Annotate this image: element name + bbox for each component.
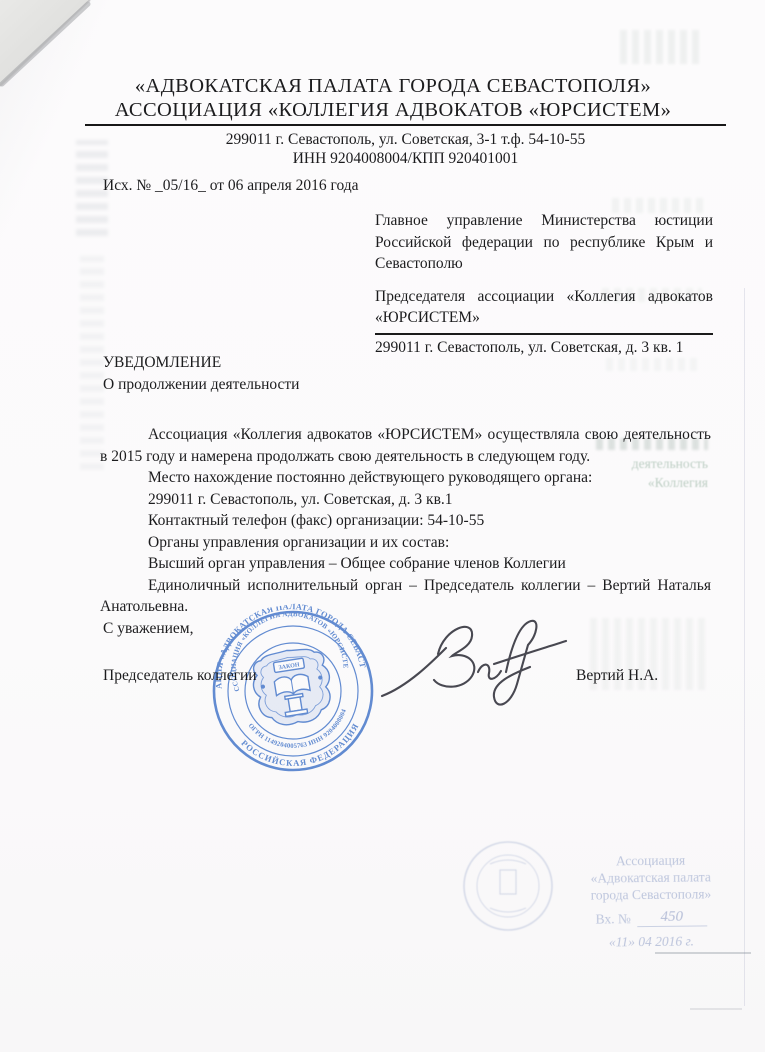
addressee-sender-title: Председателя ассоциации «Коллегия адвока… [375,286,713,329]
body-paragraph: 299011 г. Севастополь, ул. Советская, д.… [100,489,711,511]
seal-crest [249,645,336,730]
handwritten-signature [378,610,570,722]
org-title-line2: АССОЦИАЦИЯ «КОЛЛЕГИЯ АДВОКАТОВ «ЮРСИСТЕМ… [40,98,746,122]
org-title-line1: «АДВОКАТСКАЯ ПАЛАТА ГОРОДА СЕВАСТОПОЛЯ» [40,74,746,98]
org-inn-kpp: ИНН 9204008004/КПП 920401001 [85,149,726,168]
right-bleed-smudge [606,358,700,371]
addressee-rule [375,333,713,335]
body-paragraph: Ассоциация «Коллегия адвокатов «ЮРСИСТЕМ… [100,424,711,467]
incoming-stamp: Ассоциация «Адвокатская палата города Се… [552,851,749,951]
body-paragraph: Место нахождение постоянно действующего … [100,467,711,489]
subject-block: УВЕДОМЛЕНИЕ О продолжении деятельности [103,352,299,395]
incoming-stamp-org3: города Севастополя» [553,885,749,904]
addressee-block: Главное управление Министерства юстиции … [375,210,713,358]
closing-regards: С уважением, [103,620,194,638]
letterhead-contacts: 299011 г. Севастополь, ул. Советская, 3-… [85,130,726,168]
letter-body: Ассоциация «Коллегия адвокатов «ЮРСИСТЕМ… [100,424,711,618]
organization-seal: АССОЦИАЦИЯ «АДВОКАТСКАЯ ПАЛАТА ГОРОДА СЕ… [207,605,379,777]
outgoing-reference: Исх. № _05/16_ от 06 апреля 2016 года [103,177,359,195]
body-paragraph: Высший орган управления – Общее собрание… [100,553,711,575]
letterhead: «АДВОКАТСКАЯ ПАЛАТА ГОРОДА СЕВАСТОПОЛЯ» … [40,74,746,122]
scan-dash [690,1008,742,1010]
incoming-stamp-org2: «Адвокатская палата [553,868,749,887]
incoming-number-label: Вх. № [595,910,630,927]
right-bleed-smudge [620,30,700,64]
body-paragraph: Органы управления организации и их соста… [100,532,711,554]
addressee-sender-address: 299011 г. Севастополь, ул. Советская, д.… [375,337,713,359]
scanned-letter-page: деятельность «Коллегия «АДВОКАТСКАЯ ПАЛА… [0,0,765,1052]
org-address: 299011 г. Севастополь, ул. Советская, 3-… [85,130,726,149]
addressee-recipient: Главное управление Министерства юстиции … [375,210,713,275]
signatory-name: Вертий Н.А. [576,667,658,685]
faint-round-stamp [460,838,556,934]
scan-dash [655,952,751,954]
letterhead-rule [85,124,726,126]
incoming-stamp-org1: Ассоциация [552,851,748,870]
body-paragraph: Контактный телефон (факс) организации: 5… [100,510,711,532]
subject-subtitle: О продолжении деятельности [103,374,299,396]
incoming-number-value: 450 [660,909,683,925]
subject-title: УВЕДОМЛЕНИЕ [103,352,299,374]
incoming-date: «11» 04 2016 г. [553,932,749,951]
